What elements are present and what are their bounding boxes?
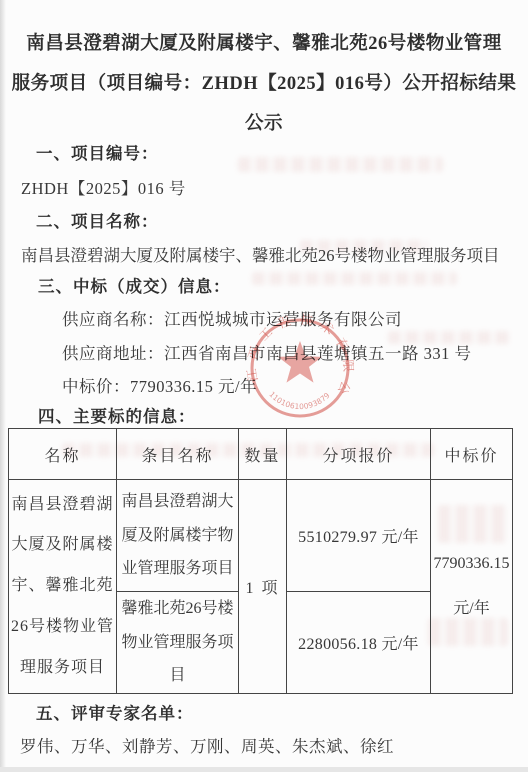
- svg-text:11010610093879: 11010610093879: [267, 390, 332, 411]
- scanned-announcement-page: 南昌县澄碧湖大厦及附属楼宇、馨雅北苑26号楼物业管理 服务项目（项目编号：ZHD…: [0, 0, 528, 772]
- project-number-value: ZHDH【2025】016 号: [21, 175, 186, 199]
- section-1-heading: 一、项目编号：: [36, 140, 159, 164]
- project-name-value: 南昌县澄碧湖大厦及附属楼宇、馨雅北苑26号楼物业管理服务项目: [21, 242, 500, 266]
- cell-sub-price-1: 5510279.97 元/年: [287, 480, 431, 592]
- expert-names: 罗伟、万华、刘静芳、万刚、周英、朱杰斌、徐红: [20, 733, 394, 757]
- bleedthrough-artifact: [252, 272, 457, 285]
- seal-ring: [252, 320, 348, 416]
- cell-sub-price-2: 2280056.18 元/年: [287, 592, 431, 694]
- cell-project-name: 南昌县澄碧湖大厦及附属楼宇、馨雅北苑26号楼物业管理服务项目: [9, 480, 117, 694]
- cell-item-1: 南昌县澄碧湖大厦及附属楼宇物业管理服务项目: [117, 480, 239, 592]
- section-5-heading: 五、评审专家名单：: [36, 700, 194, 724]
- header-award-price: 中标价: [431, 429, 513, 480]
- table-header-row: 名称 条目名称 数量 分项报价 中标价: [9, 429, 513, 480]
- title-line-2: 服务项目（项目编号：ZHDH【2025】016号）公开招标结果: [0, 64, 528, 104]
- bleedthrough-artifact: [238, 157, 443, 172]
- seal-serial-number: 11010610093879: [267, 390, 332, 411]
- header-sub-price: 分项报价: [287, 429, 431, 480]
- section-3-heading: 三、中标（成交）信息：: [38, 273, 231, 297]
- main-subject-table: 名称 条目名称 数量 分项报价 中标价 南昌县澄碧湖大厦及附属楼宇、馨雅北苑26…: [8, 428, 513, 694]
- supplier-name-line: 供应商名称：江西悦城城市运营服务有限公司: [62, 306, 402, 330]
- table-row: 南昌县澄碧湖大厦及附属楼宇、馨雅北苑26号楼物业管理服务项目 南昌县澄碧湖大厦及…: [9, 480, 513, 592]
- title-line-3: 公示: [0, 104, 528, 144]
- cell-award-price: 7790336.15 元/年: [431, 480, 513, 694]
- header-quantity: 数量: [239, 429, 287, 480]
- section-4-heading: 四、主要标的信息：: [38, 403, 196, 427]
- cell-item-2: 馨雅北苑26号楼物业管理服务项目: [117, 592, 239, 694]
- header-name: 名称: [9, 429, 117, 480]
- cell-quantity: 1 项: [239, 480, 287, 694]
- scan-edge-shadow: [0, 0, 6, 772]
- document-title: 南昌县澄碧湖大厦及附属楼宇、馨雅北苑26号楼物业管理 服务项目（项目编号：ZHD…: [0, 24, 528, 144]
- award-price-line: 中标价：7790336.15 元/年: [62, 373, 257, 397]
- supplier-address-line: 供应商地址：江西省南昌市南昌县莲塘镇五一路 331 号: [62, 340, 472, 364]
- title-line-1: 南昌县澄碧湖大厦及附属楼宇、馨雅北苑26号楼物业管理: [0, 24, 528, 64]
- header-item-name: 条目名称: [117, 429, 239, 480]
- section-2-heading: 二、项目名称：: [36, 208, 159, 232]
- scan-edge-bottom: [0, 767, 528, 772]
